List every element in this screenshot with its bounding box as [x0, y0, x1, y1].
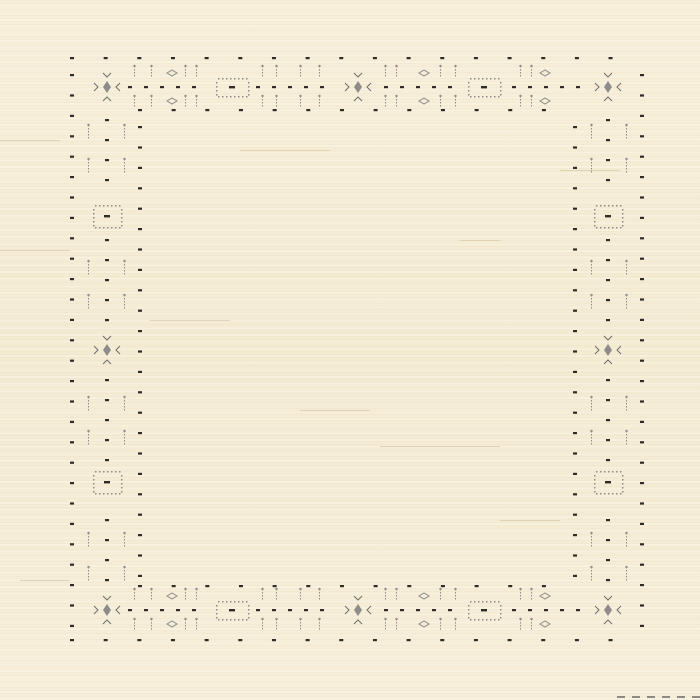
tick-head — [195, 588, 197, 590]
chevron — [367, 83, 371, 91]
dot-mark — [640, 217, 644, 219]
dot-mark — [105, 459, 109, 461]
tick — [626, 267, 627, 269]
dot-mark — [306, 109, 310, 111]
dot-mark — [448, 609, 452, 611]
cartouche-dot — [500, 609, 502, 611]
dot-mark — [320, 86, 324, 88]
cartouche-dot — [121, 479, 123, 481]
tick — [385, 75, 386, 77]
dot-mark — [440, 57, 444, 59]
cartouche-dot — [238, 78, 240, 80]
tick-head — [87, 260, 89, 262]
dot-mark — [273, 585, 277, 587]
cartouche-dot — [238, 619, 240, 621]
tick — [276, 625, 277, 627]
cartouche-dot — [248, 82, 250, 84]
tick — [591, 403, 592, 405]
dot-mark — [171, 639, 175, 641]
tick — [591, 273, 592, 275]
cartouche-dot — [616, 205, 618, 207]
tick — [151, 72, 152, 74]
tick-head — [184, 588, 186, 590]
tick — [151, 105, 152, 107]
tick-head — [384, 95, 386, 97]
dot-mark — [205, 109, 209, 111]
tick — [196, 592, 197, 594]
tick — [531, 625, 532, 627]
dot-mark — [239, 109, 243, 111]
tick — [124, 443, 125, 445]
small-diamond — [540, 621, 550, 627]
cartouche-dot — [119, 471, 121, 473]
cartouche-dot — [482, 619, 484, 621]
cartouche-dot — [622, 475, 624, 477]
tick — [134, 72, 135, 74]
tick — [196, 598, 197, 600]
cartouche-dot — [246, 96, 248, 98]
tick — [440, 105, 441, 107]
tick-head — [395, 95, 397, 97]
tick — [385, 72, 386, 74]
wool-streak — [0, 250, 70, 251]
tick-head — [519, 95, 521, 97]
tick-head — [195, 618, 197, 620]
tick — [196, 102, 197, 104]
wool-streak — [150, 320, 230, 321]
tick — [151, 595, 152, 597]
tick — [520, 99, 521, 101]
fringe-stitch — [677, 696, 685, 698]
small-diamond — [540, 593, 550, 599]
cartouche-dot — [622, 225, 624, 227]
dot-mark — [70, 502, 74, 504]
dot-mark — [573, 228, 577, 230]
cartouche-dot — [216, 90, 218, 92]
wool-streak — [240, 150, 330, 151]
dot-mark — [606, 379, 610, 381]
dot-mark — [508, 639, 512, 641]
tick — [88, 165, 89, 167]
tick-head — [519, 65, 521, 67]
dot-mark — [138, 167, 142, 169]
dot-mark — [340, 585, 344, 587]
dot-mark — [573, 208, 577, 210]
cartouche-dot — [470, 96, 472, 98]
cartouche-dot — [111, 205, 113, 207]
tick — [591, 128, 592, 130]
tick — [196, 75, 197, 77]
cartouche-dot — [604, 227, 606, 229]
tick — [591, 443, 592, 445]
tick — [455, 105, 456, 107]
tick — [626, 579, 627, 581]
cartouche-dot — [216, 82, 218, 84]
cartouche-dot — [498, 619, 500, 621]
dot-mark — [606, 399, 610, 401]
chevron — [604, 73, 612, 77]
cartouche-dot — [119, 205, 121, 207]
cartouche-dot — [99, 493, 101, 495]
dot-mark — [432, 86, 436, 88]
tick — [262, 598, 263, 600]
tick — [88, 403, 89, 405]
dot-mark — [138, 109, 142, 111]
tick — [124, 440, 125, 442]
dot-mark — [105, 319, 109, 321]
tick — [520, 598, 521, 600]
dot-mark — [144, 609, 148, 611]
cartouche-dot — [490, 601, 492, 603]
dot-mark — [138, 289, 142, 291]
dot-mark — [320, 609, 324, 611]
cartouche-dot — [600, 227, 602, 229]
cartouche-center — [104, 215, 110, 217]
tick — [626, 440, 627, 442]
dot-mark — [70, 156, 74, 158]
dot-mark — [576, 86, 580, 88]
tick-head — [590, 294, 592, 296]
dot-mark — [128, 86, 132, 88]
dot-mark — [105, 399, 109, 401]
dot-mark — [541, 639, 545, 641]
cartouche-dot — [474, 96, 476, 98]
tick — [626, 576, 627, 578]
cartouche-dot — [622, 479, 624, 481]
cartouche-dot — [482, 78, 484, 80]
dot-mark — [138, 187, 142, 189]
dot-mark — [640, 74, 644, 76]
tick — [88, 128, 89, 130]
tick-head — [123, 294, 125, 296]
small-diamond — [419, 621, 429, 627]
cartouche-dot — [93, 479, 95, 481]
tick — [300, 622, 301, 624]
tick-head — [133, 95, 135, 97]
tick — [262, 75, 263, 77]
chevron — [94, 606, 98, 614]
cartouche-dot — [248, 605, 250, 607]
tick — [626, 539, 627, 541]
cartouche-center — [605, 215, 611, 217]
cartouche-dot — [468, 86, 470, 88]
tick-head — [625, 260, 627, 262]
cartouche-dot — [594, 213, 596, 215]
cartouche-dot — [612, 493, 614, 495]
cartouche-dot — [622, 483, 624, 485]
dot-mark — [640, 380, 644, 382]
tick — [591, 576, 592, 578]
tick — [300, 105, 301, 107]
cartouche-dot — [474, 619, 476, 621]
cartouche-dot — [596, 471, 598, 473]
cartouche-dot — [121, 225, 123, 227]
cartouche-dot — [95, 227, 97, 229]
dot-mark — [105, 379, 109, 381]
cartouche-dot — [494, 78, 496, 80]
tick — [185, 72, 186, 74]
cartouche-dot — [494, 619, 496, 621]
tick — [262, 105, 263, 107]
tick-head — [184, 95, 186, 97]
dot-mark — [573, 248, 577, 250]
tick — [440, 69, 441, 71]
tick — [88, 406, 89, 408]
cartouche-dot — [107, 205, 109, 207]
tick-head — [625, 124, 627, 126]
tick-head — [625, 396, 627, 398]
tick — [262, 102, 263, 104]
tick — [88, 409, 89, 411]
tick — [531, 622, 532, 624]
diamond-medallion — [103, 604, 111, 616]
cartouche-dot — [226, 96, 228, 98]
cartouche-dot — [103, 205, 105, 207]
dot-mark — [70, 298, 74, 300]
tick — [124, 437, 125, 439]
dot-mark — [448, 86, 452, 88]
dot-mark — [70, 400, 74, 402]
cartouche-dot — [612, 205, 614, 207]
cartouche-dot — [616, 493, 618, 495]
cartouche-dot — [594, 483, 596, 485]
dot-mark — [70, 564, 74, 566]
tick — [440, 598, 441, 600]
dot-mark — [609, 57, 613, 59]
tick — [151, 622, 152, 624]
cartouche-dot — [93, 213, 95, 215]
small-diamond — [167, 593, 177, 599]
tick — [124, 542, 125, 544]
cartouche-dot — [500, 617, 502, 619]
cartouche-dot — [115, 227, 117, 229]
dot-mark — [70, 258, 74, 260]
dot-mark — [70, 523, 74, 525]
dot-mark — [138, 146, 142, 148]
dot-mark — [573, 391, 577, 393]
chevron — [604, 620, 612, 624]
cartouche-dot — [242, 96, 244, 98]
cartouche-dot — [222, 96, 224, 98]
cartouche-dot — [490, 96, 492, 98]
cartouche-dot — [95, 205, 97, 207]
tick-head — [87, 294, 89, 296]
tick — [626, 443, 627, 445]
dot-mark — [70, 380, 74, 382]
cartouche-dot — [604, 471, 606, 473]
dot-mark — [640, 196, 644, 198]
tick — [88, 536, 89, 538]
dot-mark — [70, 482, 74, 484]
dot-mark — [606, 559, 610, 561]
dot-mark — [138, 412, 142, 414]
cartouche-dot — [612, 471, 614, 473]
tick — [396, 625, 397, 627]
tick — [88, 573, 89, 575]
dot-mark — [138, 452, 142, 454]
dot-mark — [339, 57, 343, 59]
dot-mark — [606, 319, 610, 321]
cartouche-dot — [594, 221, 596, 223]
cartouche-dot — [608, 227, 610, 229]
dot-mark — [70, 584, 74, 586]
dot-mark — [640, 400, 644, 402]
tick-head — [195, 65, 197, 67]
cartouche-dot — [474, 601, 476, 603]
tick-head — [530, 618, 532, 620]
cartouche-dot — [230, 601, 232, 603]
chevron — [604, 596, 612, 600]
tick — [396, 592, 397, 594]
cartouche-dot — [486, 78, 488, 80]
cartouche-dot — [594, 209, 596, 211]
dot-mark — [606, 439, 610, 441]
dot-mark — [400, 609, 404, 611]
dot-mark — [340, 109, 344, 111]
dot-mark — [138, 248, 142, 250]
tick — [88, 131, 89, 133]
chevron — [604, 336, 612, 340]
diamond-medallion — [354, 81, 362, 93]
tick — [591, 304, 592, 306]
tick — [455, 102, 456, 104]
tick — [626, 264, 627, 266]
diamond-medallion — [354, 604, 362, 616]
tick — [185, 628, 186, 630]
dot-mark — [640, 441, 644, 443]
tick-head — [590, 158, 592, 160]
dot-mark — [105, 159, 109, 161]
tick — [124, 576, 125, 578]
tick — [151, 75, 152, 77]
tick — [134, 69, 135, 71]
tick — [319, 598, 320, 600]
tick — [196, 99, 197, 101]
cartouche-dot — [478, 78, 480, 80]
tick — [262, 69, 263, 71]
dot-mark — [138, 371, 142, 373]
tick — [88, 264, 89, 266]
tick-head — [318, 588, 320, 590]
dot-mark — [138, 554, 142, 556]
cartouche-dot — [596, 493, 598, 495]
tick — [591, 400, 592, 402]
tick — [88, 539, 89, 541]
tick — [520, 102, 521, 104]
cartouche-dot — [478, 96, 480, 98]
tick-head — [261, 618, 263, 620]
tick — [262, 99, 263, 101]
dot-mark — [573, 432, 577, 434]
cartouche-dot — [470, 601, 472, 603]
tick-head — [590, 260, 592, 262]
tick — [626, 434, 627, 436]
cartouche-dot — [622, 213, 624, 215]
dot-mark — [70, 57, 74, 59]
tick — [276, 592, 277, 594]
tick-head — [87, 158, 89, 160]
tick — [385, 102, 386, 104]
tick-head — [261, 65, 263, 67]
dot-mark — [407, 109, 411, 111]
dot-mark — [304, 609, 308, 611]
tick — [396, 72, 397, 74]
cartouche-dot — [226, 619, 228, 621]
cartouche-dot — [248, 617, 250, 619]
cartouche-dot — [500, 90, 502, 92]
tick — [626, 168, 627, 170]
wool-streak — [460, 240, 500, 241]
cartouche-dot — [242, 78, 244, 80]
chevron — [103, 596, 111, 600]
dot-mark — [609, 639, 613, 641]
cartouche-dot — [95, 493, 97, 495]
dot-mark — [640, 564, 644, 566]
tick — [124, 273, 125, 275]
tick — [134, 595, 135, 597]
dot-mark — [105, 539, 109, 541]
dot-mark — [138, 432, 142, 434]
rug-pattern — [0, 0, 700, 700]
small-diamond — [540, 70, 550, 76]
cartouche-dot — [218, 619, 220, 621]
dot-mark — [640, 258, 644, 260]
tick — [300, 75, 301, 77]
cartouche-dot — [216, 94, 218, 96]
tick — [440, 75, 441, 77]
tick — [185, 625, 186, 627]
cartouche-dot — [93, 475, 95, 477]
dot-mark — [640, 298, 644, 300]
tick — [88, 304, 89, 306]
dot-mark — [192, 86, 196, 88]
dot-mark — [138, 514, 142, 516]
tick — [520, 72, 521, 74]
tick — [520, 595, 521, 597]
tick — [626, 162, 627, 164]
tick-head — [299, 95, 301, 97]
cartouche-dot — [93, 483, 95, 485]
dot-mark — [640, 135, 644, 137]
chevron — [604, 97, 612, 101]
tick — [455, 75, 456, 77]
dot-mark — [138, 585, 142, 587]
tick-head — [454, 588, 456, 590]
small-diamond — [419, 98, 429, 104]
tick — [300, 595, 301, 597]
cartouche-dot — [121, 221, 123, 223]
chevron — [345, 606, 349, 614]
fringe-stitch — [617, 696, 625, 698]
cartouche-dot — [119, 493, 121, 495]
dot-mark — [105, 139, 109, 141]
fringe-stitch — [647, 696, 655, 698]
cartouche-dot — [498, 78, 500, 80]
dot-mark — [544, 609, 548, 611]
dot-mark — [640, 584, 644, 586]
tick — [626, 536, 627, 538]
tick-head — [133, 588, 135, 590]
tick-head — [530, 65, 532, 67]
dot-mark — [512, 86, 516, 88]
tick — [319, 592, 320, 594]
tick — [591, 298, 592, 300]
tick — [591, 579, 592, 581]
tick — [455, 628, 456, 630]
tick-head — [150, 588, 152, 590]
dot-mark — [138, 310, 142, 312]
tick-head — [439, 618, 441, 620]
